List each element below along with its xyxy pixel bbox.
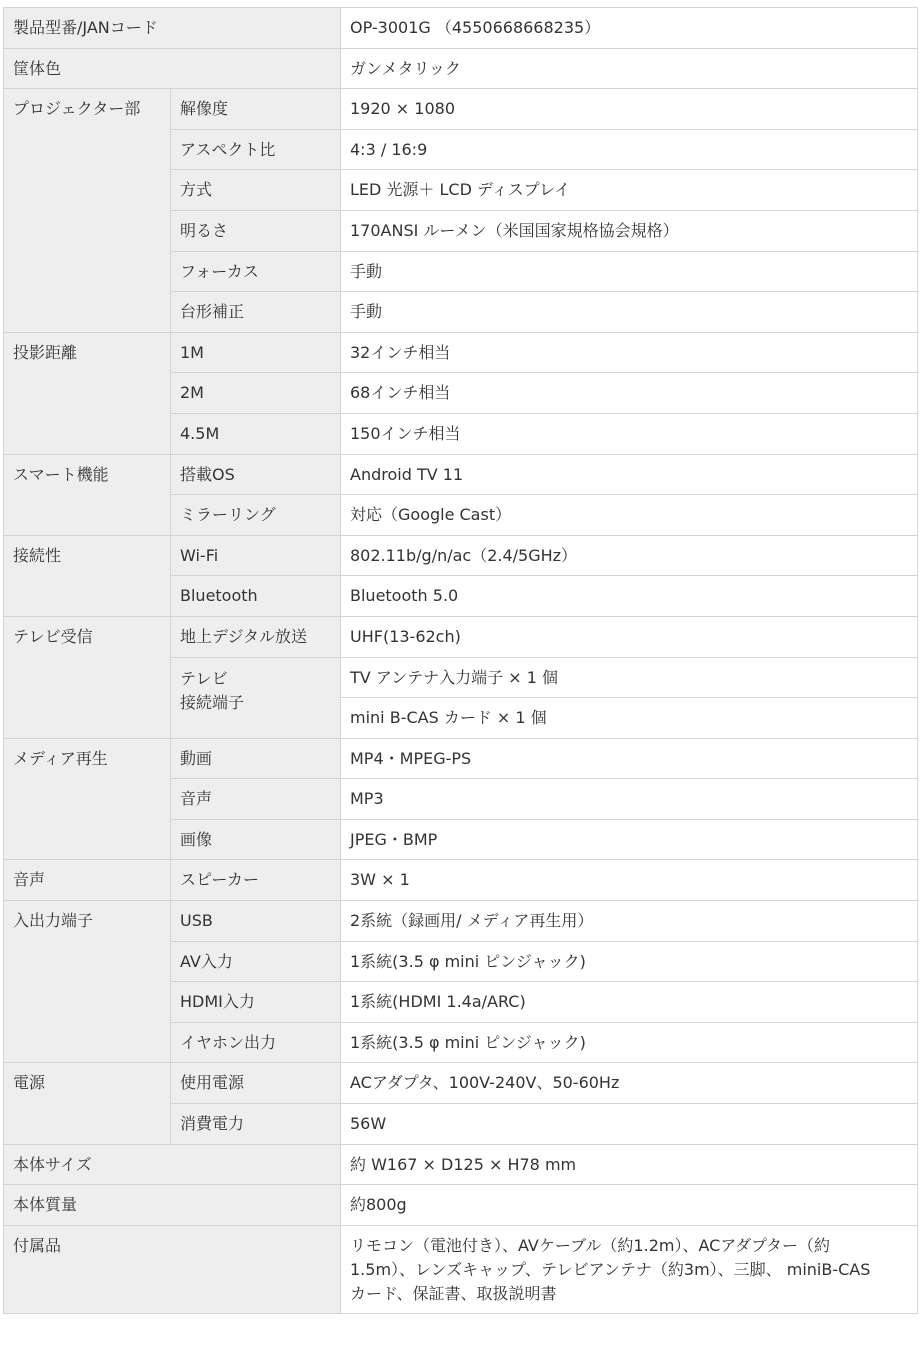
item-label: 台形補正	[171, 292, 341, 333]
group-label: 投影距離	[4, 332, 171, 454]
item-label: ミラーリング	[171, 495, 341, 536]
group-label: スマート機能	[4, 454, 171, 535]
item-value: 2系統（録画用/ メディア再生用）	[341, 901, 918, 942]
spec-table: 製品型番/JANコード OP-3001G （4550668668235） 筐体色…	[3, 7, 918, 1314]
table-row: プロジェクター部 解像度 1920 × 1080	[4, 89, 918, 130]
item-label: Bluetooth	[171, 576, 341, 617]
item-value: 1系統(3.5 φ mini ピンジャック)	[341, 1022, 918, 1063]
item-label: 消費電力	[171, 1104, 341, 1145]
table-row: スマート機能 搭載OS Android TV 11	[4, 454, 918, 495]
table-row: 電源 使用電源 ACアダプタ、100V-240V、50-60Hz	[4, 1063, 918, 1104]
item-value: mini B-CAS カード × 1 個	[341, 698, 918, 739]
item-label: 音声	[171, 779, 341, 820]
item-label: 地上デジタル放送	[171, 616, 341, 657]
row-label: 付属品	[4, 1225, 341, 1313]
table-row-color: 筐体色 ガンメタリック	[4, 48, 918, 89]
group-label: 音声	[4, 860, 171, 901]
item-value: Android TV 11	[341, 454, 918, 495]
item-value: 4:3 / 16:9	[341, 129, 918, 170]
item-label: アスペクト比	[171, 129, 341, 170]
item-label: Wi-Fi	[171, 535, 341, 576]
item-label: 方式	[171, 170, 341, 211]
item-label-line: 接続端子	[180, 691, 331, 715]
item-label: HDMI入力	[171, 982, 341, 1023]
value-line: カード、保証書、取扱説明書	[350, 1282, 908, 1306]
item-value: 1920 × 1080	[341, 89, 918, 130]
item-value: 170ANSI ルーメン（米国国家規格協会規格）	[341, 210, 918, 251]
table-row: 投影距離 1M 32インチ相当	[4, 332, 918, 373]
item-label: 2M	[171, 373, 341, 414]
item-value: TV アンテナ入力端子 × 1 個	[341, 657, 918, 698]
item-value: MP3	[341, 779, 918, 820]
table-row-accessories: 付属品 リモコン（電池付き）、AVケーブル（約1.2m）、ACアダプター（約 1…	[4, 1225, 918, 1313]
item-label: 使用電源	[171, 1063, 341, 1104]
item-label-line: テレビ	[180, 667, 331, 691]
value-line: リモコン（電池付き）、AVケーブル（約1.2m）、ACアダプター（約	[350, 1234, 908, 1258]
item-label: 搭載OS	[171, 454, 341, 495]
item-value: Bluetooth 5.0	[341, 576, 918, 617]
item-value: 150インチ相当	[341, 413, 918, 454]
row-label: 製品型番/JANコード	[4, 8, 341, 49]
group-label: 電源	[4, 1063, 171, 1144]
item-value: MP4・MPEG-PS	[341, 738, 918, 779]
item-value: 手動	[341, 292, 918, 333]
item-value: 1系統(3.5 φ mini ピンジャック)	[341, 941, 918, 982]
row-label: 筐体色	[4, 48, 341, 89]
item-label: 4.5M	[171, 413, 341, 454]
item-label: フォーカス	[171, 251, 341, 292]
item-value: 56W	[341, 1104, 918, 1145]
group-label: メディア再生	[4, 738, 171, 860]
group-label: テレビ受信	[4, 616, 171, 738]
item-label: スピーカー	[171, 860, 341, 901]
item-value: 手動	[341, 251, 918, 292]
item-label: USB	[171, 901, 341, 942]
item-label: AV入力	[171, 941, 341, 982]
item-value: JPEG・BMP	[341, 819, 918, 860]
group-label: プロジェクター部	[4, 89, 171, 333]
item-value: ACアダプタ、100V-240V、50-60Hz	[341, 1063, 918, 1104]
table-row-size: 本体サイズ 約 W167 × D125 × H78 mm	[4, 1144, 918, 1185]
table-row: テレビ受信 地上デジタル放送 UHF(13-62ch)	[4, 616, 918, 657]
item-value: 対応（Google Cast）	[341, 495, 918, 536]
item-label: 明るさ	[171, 210, 341, 251]
item-value: 32インチ相当	[341, 332, 918, 373]
row-value: OP-3001G （4550668668235）	[341, 8, 918, 49]
item-label: 画像	[171, 819, 341, 860]
row-value: ガンメタリック	[341, 48, 918, 89]
table-row-weight: 本体質量 約800g	[4, 1185, 918, 1226]
item-label: 解像度	[171, 89, 341, 130]
value-line: 1.5m）、レンズキャップ、テレビアンテナ（約3m）、三脚、 miniB-CAS	[350, 1258, 908, 1282]
row-value: 約800g	[341, 1185, 918, 1226]
item-value: LED 光源＋ LCD ディスプレイ	[341, 170, 918, 211]
item-value: UHF(13-62ch)	[341, 616, 918, 657]
table-row: メディア再生 動画 MP4・MPEG-PS	[4, 738, 918, 779]
group-label: 接続性	[4, 535, 171, 616]
table-row: 入出力端子 USB 2系統（録画用/ メディア再生用）	[4, 901, 918, 942]
item-label: 動画	[171, 738, 341, 779]
table-row-model: 製品型番/JANコード OP-3001G （4550668668235）	[4, 8, 918, 49]
row-value: 約 W167 × D125 × H78 mm	[341, 1144, 918, 1185]
group-label: 入出力端子	[4, 901, 171, 1063]
table-row: 接続性 Wi-Fi 802.11b/g/n/ac（2.4/5GHz）	[4, 535, 918, 576]
table-row: 音声 スピーカー 3W × 1	[4, 860, 918, 901]
item-value: 3W × 1	[341, 860, 918, 901]
item-value: 1系統(HDMI 1.4a/ARC)	[341, 982, 918, 1023]
row-value: リモコン（電池付き）、AVケーブル（約1.2m）、ACアダプター（約 1.5m）…	[341, 1225, 918, 1313]
item-value: 68インチ相当	[341, 373, 918, 414]
item-label: イヤホン出力	[171, 1022, 341, 1063]
item-value: 802.11b/g/n/ac（2.4/5GHz）	[341, 535, 918, 576]
item-label: 1M	[171, 332, 341, 373]
row-label: 本体サイズ	[4, 1144, 341, 1185]
item-label: テレビ 接続端子	[171, 657, 341, 738]
row-label: 本体質量	[4, 1185, 341, 1226]
